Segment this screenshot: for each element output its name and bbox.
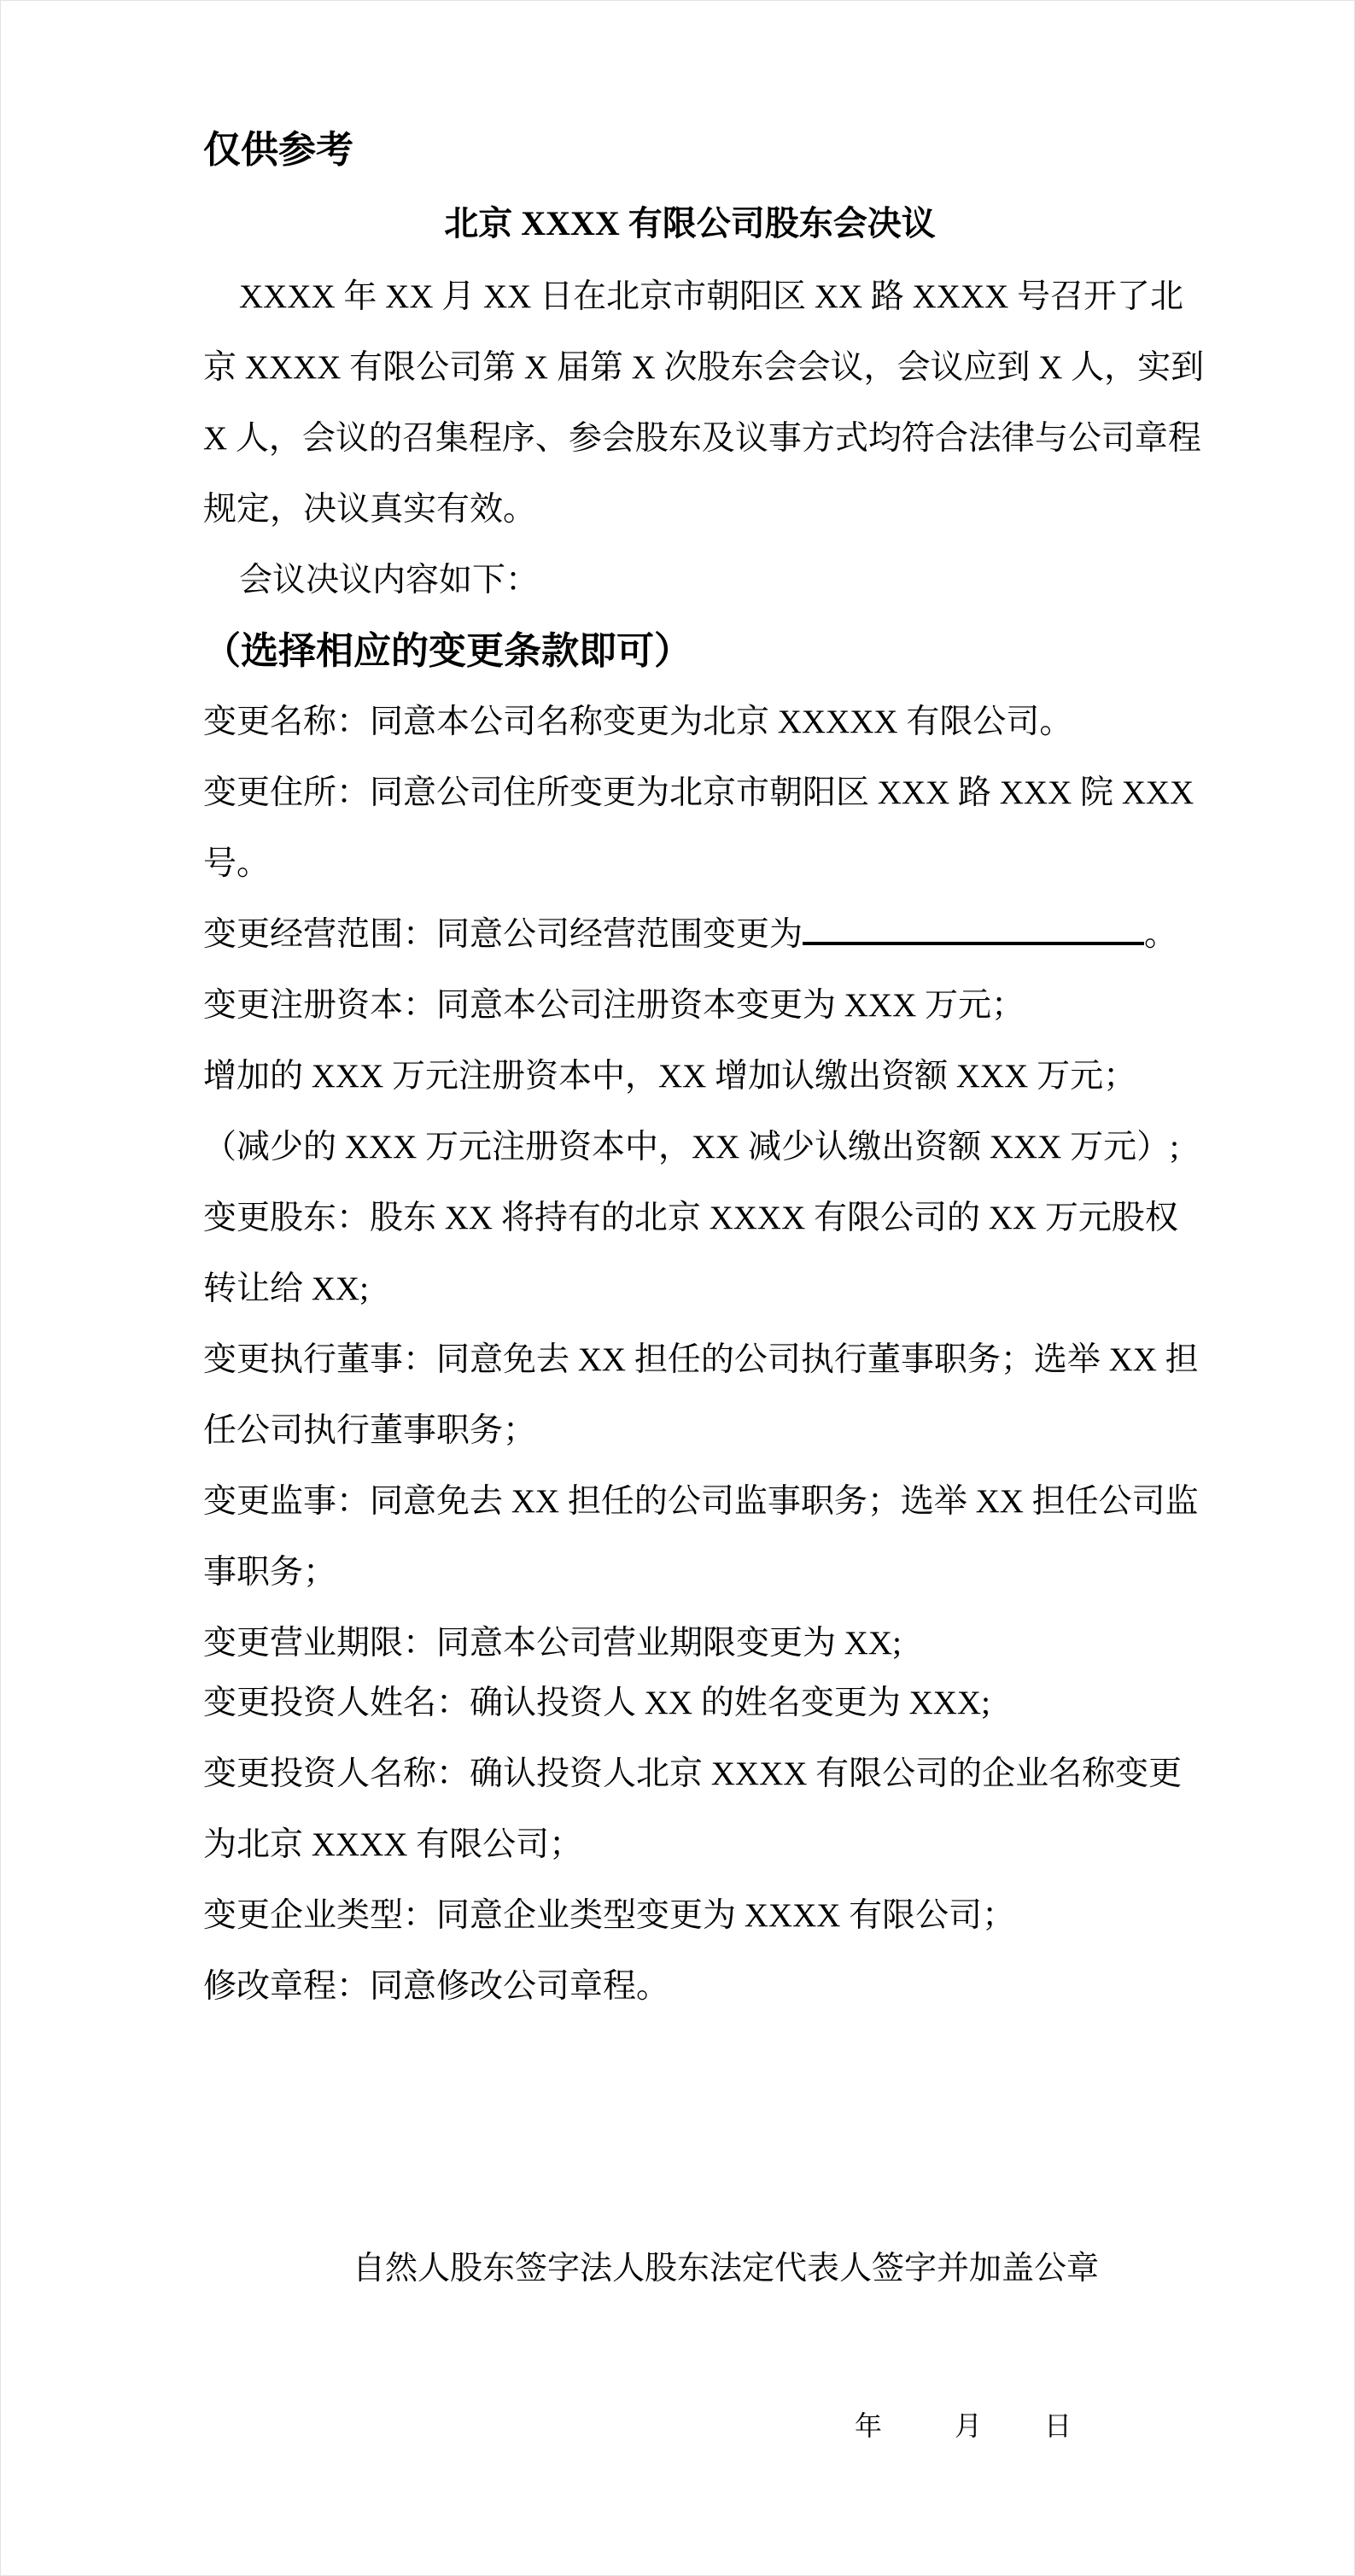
clause-registered-capital: 变更注册资本：同意本公司注册资本变更为 XXX 万元； xyxy=(203,970,1185,1041)
clause-investor-entity-line-2: 为北京 XXXX 有限公司； xyxy=(203,1809,1185,1880)
document-title: 北京 XXXX 有限公司股东会决议 xyxy=(203,204,1177,243)
reference-watermark: 仅供参考 xyxy=(203,129,353,172)
year-label: 年 xyxy=(855,2410,882,2442)
clause-name: 变更名称：同意本公司名称变更为北京 XXXXX 有限公司。 xyxy=(203,686,1185,757)
clause-shareholder-line-1: 变更股东：股东 XX 将持有的北京 XXXX 有限公司的 XX 万元股权 xyxy=(203,1183,1185,1253)
clause-supervisor-line-2: 事职务； xyxy=(203,1537,1185,1608)
clause-executive-director-line-1: 变更执行董事：同意免去 XX 担任的公司执行董事职务；选举 XX 担 xyxy=(203,1324,1185,1395)
intro-line-2: 京 XXXX 有限公司第 X 届第 X 次股东会会议，会议应到 X 人，实到 xyxy=(203,332,1185,403)
clause-supervisor-line-1: 变更监事：同意免去 XX 担任的公司监事职务；选举 XX 担任公司监 xyxy=(203,1466,1185,1537)
intro-line-4: 规定，决议真实有效。 xyxy=(203,474,1185,545)
clause-business-scope-period: 。 xyxy=(1144,916,1177,953)
intro-line-3: X 人，会议的召集程序、参会股东及议事方式均符合法律与公司章程 xyxy=(203,403,1185,474)
clause-business-scope-text: 变更经营范围：同意公司经营范围变更为 xyxy=(203,916,803,953)
clause-charter-amendment: 修改章程：同意修改公司章程。 xyxy=(203,1951,1185,2022)
intro-line-1: XXXX 年 XX 月 XX 日在北京市朝阳区 XX 路 XXXX 号召开了北 xyxy=(203,261,1185,332)
clause-address-line-2: 号。 xyxy=(203,828,1185,899)
clause-capital-increase: 增加的 XXX 万元注册资本中，XX 增加认缴出资额 XXX 万元； xyxy=(203,1041,1185,1112)
date-line: 年 月 日 xyxy=(855,2410,1111,2449)
document-page: 仅供参考 北京 XXXX 有限公司股东会决议 XXXX 年 XX 月 XX 日在… xyxy=(0,0,1355,2576)
day-label: 日 xyxy=(1044,2410,1072,2442)
clause-business-scope: 变更经营范围：同意公司经营范围变更为。 xyxy=(203,899,1185,970)
clause-investor-entity-line-1: 变更投资人名称：确认投资人北京 XXXX 有限公司的企业名称变更 xyxy=(203,1738,1185,1809)
content-label: 会议决议内容如下： xyxy=(203,545,1185,616)
document-body: XXXX 年 XX 月 XX 日在北京市朝阳区 XX 路 XXXX 号召开了北 … xyxy=(203,261,1185,2022)
signature-note: 自然人股东签字法人股东法定代表人签字并加盖公章 xyxy=(353,2250,1099,2287)
clause-shareholder-line-2: 转让给 XX; xyxy=(203,1253,1185,1324)
fill-in-blank-underline xyxy=(803,942,1144,945)
month-label: 月 xyxy=(955,2410,982,2442)
clause-executive-director-line-2: 任公司执行董事职务； xyxy=(203,1395,1185,1466)
clause-capital-decrease: （减少的 XXX 万元注册资本中，XX 减少认缴出资额 XXX 万元）; xyxy=(203,1112,1185,1183)
select-note: （选择相应的变更条款即可） xyxy=(203,616,1185,686)
clause-address-line-1: 变更住所：同意公司住所变更为北京市朝阳区 XXX 路 XXX 院 XXX xyxy=(203,757,1185,828)
clause-investor-name: 变更投资人姓名：确认投资人 XX 的姓名变更为 XXX; xyxy=(203,1668,1185,1738)
clause-company-type: 变更企业类型：同意企业类型变更为 XXXX 有限公司； xyxy=(203,1880,1185,1951)
